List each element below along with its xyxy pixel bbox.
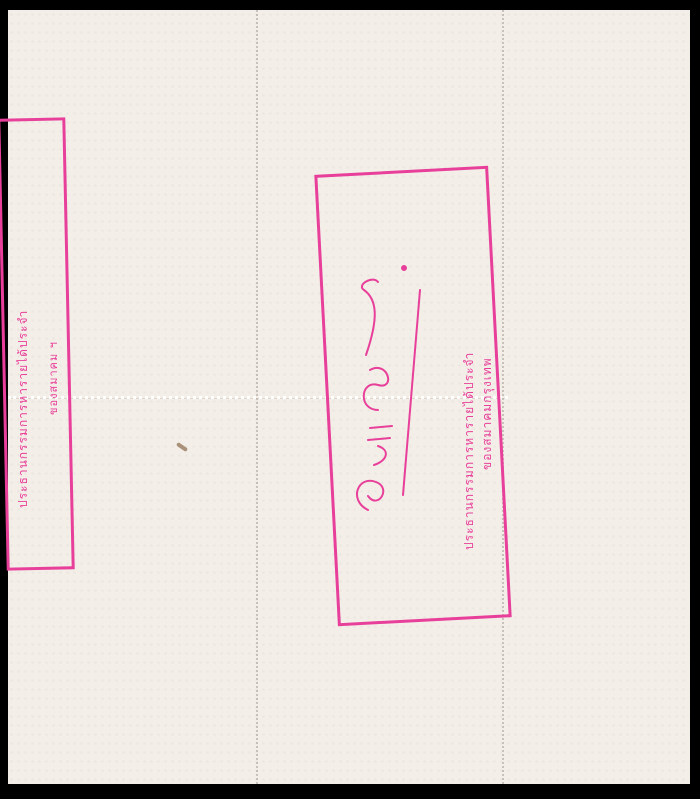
right-handstamp-line2: ของสมาคมกรุงเทพ xyxy=(478,357,497,470)
right-handstamp-line1: ประธานกรรมการหารายได้ประจำ xyxy=(460,352,479,550)
left-handstamp-box xyxy=(0,117,75,570)
left-handstamp-line1: ประธานกรรมการหารายได้ประจำ xyxy=(14,310,33,508)
paper-blemish xyxy=(176,442,188,452)
stamp-sheet-back: ประธานกรรมการหารายได้ประจำ ของสมาคม ฯ ปร… xyxy=(8,10,690,784)
signature-icon xyxy=(348,260,428,530)
left-handstamp-line2: ของสมาคม ฯ xyxy=(44,341,62,415)
